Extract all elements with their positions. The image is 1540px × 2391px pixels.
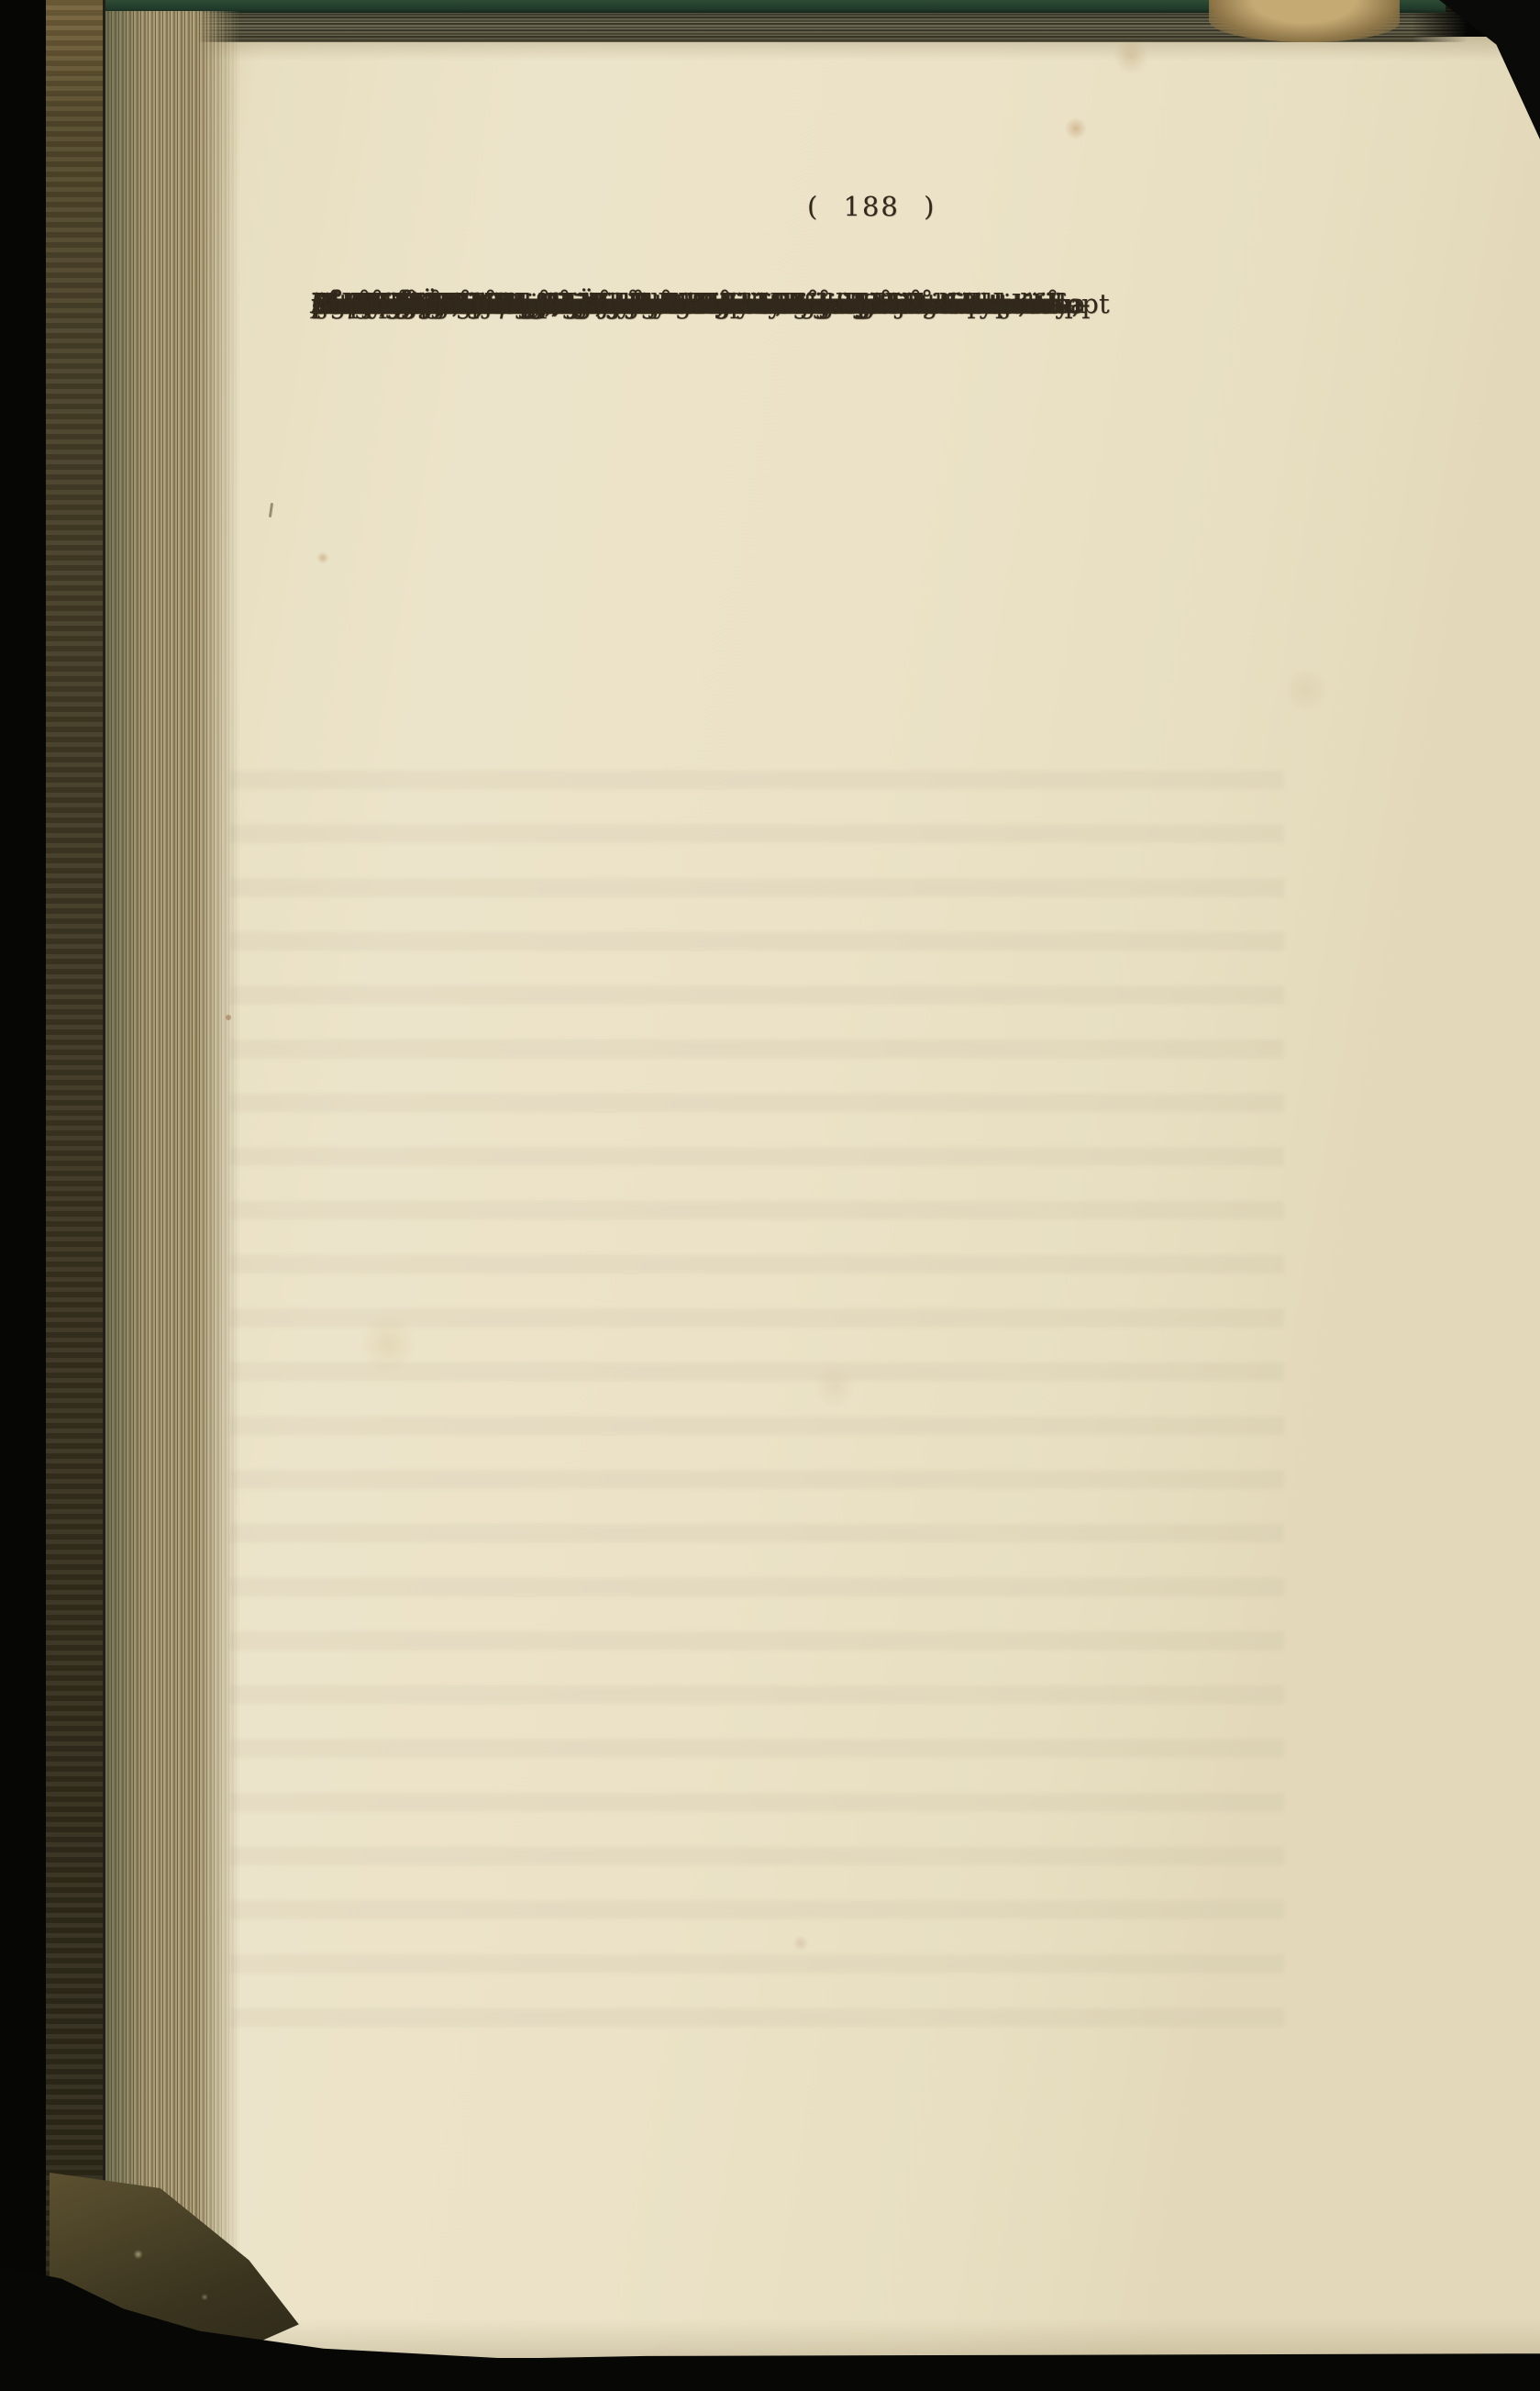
worn-corner-top-right (1209, 0, 1400, 42)
left-page-edges (97, 11, 240, 2360)
verso-showthrough (229, 771, 1284, 2037)
page-number-header: ( 188 ) (807, 191, 1027, 222)
book-page-scan: ( 188 ) resvågen, men vi villja ej täfla… (0, 0, 1540, 2391)
margin-mark (226, 1015, 231, 1020)
book-spine-left (46, 0, 105, 2345)
